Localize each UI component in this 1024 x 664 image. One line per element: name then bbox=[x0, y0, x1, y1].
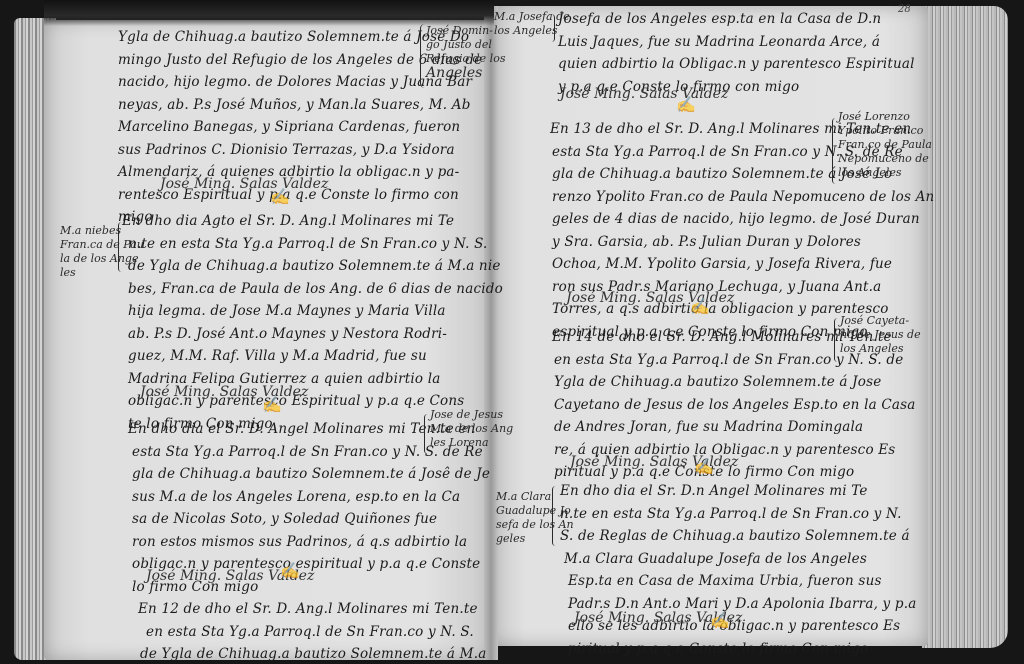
margin-brace bbox=[552, 486, 559, 546]
top-shadow bbox=[44, 0, 494, 26]
rubric-flourish-icon: ✍ bbox=[710, 612, 736, 630]
right-entry-4-text: En dho dia el Sr. D.n Angel Molinares mi… bbox=[560, 480, 916, 660]
left-entry-3-margin-note: Jose de Jesus M.a de los Ang les Lorena bbox=[430, 408, 513, 450]
right-entry-1-signature: José Ming. Salas Valdez bbox=[560, 86, 728, 102]
scanned-book-spread: 28 Ygla de Chihuag.a bautizo Solemnem.te… bbox=[0, 0, 1024, 664]
rubric-flourish-icon: ✍ bbox=[676, 96, 702, 114]
right-entry-3-margin-note: José Cayeta- no de Jesus de los Angeles bbox=[840, 314, 921, 356]
rubric-flourish-icon: ✍ bbox=[694, 458, 720, 476]
left-entry-2-text: En dho dia Agto el Sr. D. Ang.l Molinare… bbox=[122, 210, 503, 435]
right-page-block-edges bbox=[922, 6, 1008, 648]
right-entry-1-text: Josefa de los Angeles esp.ta en la Casa … bbox=[558, 8, 915, 98]
left-entry-4-text: En 12 de dho el Sr. D. Ang.l Molinares m… bbox=[138, 598, 486, 664]
rubric-flourish-icon: ✍ bbox=[262, 396, 288, 414]
rubric-flourish-icon: ✍ bbox=[280, 562, 306, 580]
right-entry-2-margin-note: José Lorenzo Ypolito Fran.co Fran.co de … bbox=[838, 110, 932, 180]
margin-brace bbox=[548, 14, 555, 42]
left-entry-1-signature: José Ming. Salas Valdez bbox=[160, 176, 328, 192]
rubric-flourish-icon: ✍ bbox=[270, 188, 296, 206]
rubric-flourish-icon: ✍ bbox=[690, 298, 716, 316]
